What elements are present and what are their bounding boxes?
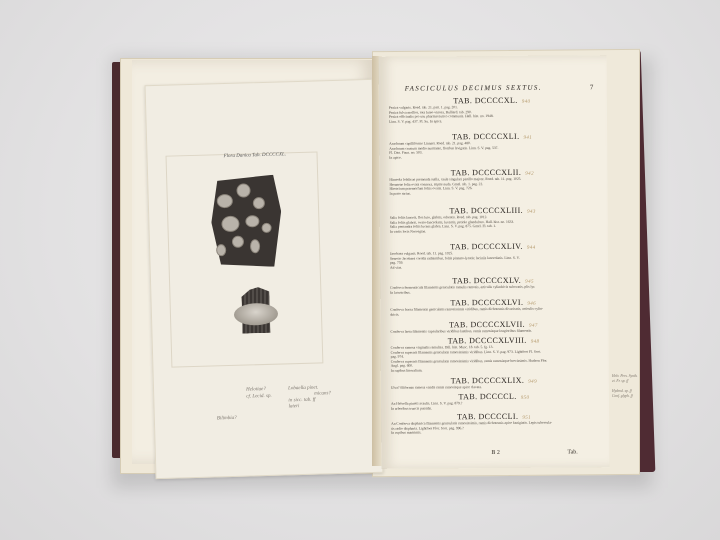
plate-entry: TAB. DCCCCXLIX.949 Ulva? filiformis ramo… <box>391 375 597 390</box>
page-number: 7 <box>590 83 595 91</box>
entry-line: Ad vias. <box>390 264 596 270</box>
fungus-specimen-illustration <box>233 287 278 334</box>
entry-line: Ulva? filiformis ramosa viridis ramis ra… <box>391 384 597 390</box>
plate-entry: TAB. DCCCCXLVI.946 Conferva fracta filam… <box>390 297 596 317</box>
plate-entry: TAB. DCCCCXLIII.943 Salix foliis lanceis… <box>390 205 596 234</box>
plate-entry: TAB. DCCCCXLI.941 Arachnum capilliforme … <box>389 131 595 160</box>
pencil-number: 941 <box>523 136 532 141</box>
margin-note: Conf. glyph. ff <box>612 394 633 398</box>
pencil-number: 950 <box>521 396 530 401</box>
handwritten-note: in sicc. tab. ff <box>288 398 315 404</box>
pencil-number: 948 <box>531 340 540 345</box>
pencil-number: 949 <box>528 380 537 385</box>
tab-heading: TAB. DCCCCXLI. <box>452 132 519 141</box>
tab-heading: TAB. DCCCCXLVIII. <box>448 336 527 346</box>
handwritten-note: Lobaella pinet. <box>288 386 318 392</box>
plate-entry: TAB. DCCCCXL.940 Peziza vulgaris. Roed. … <box>389 95 595 124</box>
plate-entry: TAB. DCCCCXLV.945 Conferva fermentacula … <box>390 275 596 295</box>
entry-line: Linn. S. V. pag. 437. Fl. Su. In apice. <box>389 118 595 124</box>
tab-heading: TAB. DCCCCXLIII. <box>449 206 523 216</box>
lichen-disc-icon <box>250 239 260 253</box>
catchword: Tab. <box>567 449 577 455</box>
running-head-title: FASCICULUS DECIMUS SEXTUS. <box>405 84 542 93</box>
margin-note: Helv. Pers. Synth. <box>612 374 638 378</box>
handwritten-note: Helotiae? <box>246 387 266 393</box>
plate-entry: TAB. DCCCCXLVII.947 Conferva laeta filam… <box>390 319 596 334</box>
pencil-number: 940 <box>522 100 531 105</box>
signature-mark: B 2 <box>491 450 500 456</box>
botanical-plate: Flora Danica Tab. DCCCCXL. Helotiae? cf.… <box>145 79 384 479</box>
plate-entry: TAB. DCCCCXLII.942 Hirneola lobilicae pr… <box>389 167 595 196</box>
running-head: FASCICULUS DECIMUS SEXTUS. 7 <box>405 83 595 92</box>
handwritten-note: Bilimbia? <box>217 416 237 422</box>
plate-entry: TAB. DCCCCXLIV.944 Jacobaea vulgaris. Ro… <box>390 241 596 270</box>
entry-line: In arboribus truncis putridis. <box>391 405 597 411</box>
tab-heading: TAB. DCCCCL. <box>458 392 516 401</box>
plate-entry: TAB. DCCCCLI.951 An Conferva dispharica … <box>391 411 597 435</box>
plate-entry: TAB. DCCCCXLVIII.948 Conferva ramosa vir… <box>391 335 597 373</box>
tab-heading: TAB. DCCCCXLV. <box>452 276 521 285</box>
pencil-number: 943 <box>527 210 536 215</box>
entry-line: In variis locis Norvegiae. <box>390 228 596 234</box>
handwritten-note: lateri <box>289 404 300 409</box>
right-page: FASCICULUS DECIMUS SEXTUS. 7 TAB. DCCCCX… <box>379 55 610 469</box>
tab-heading: TAB. DCCCCXL. <box>453 96 517 105</box>
pencil-number: 942 <box>525 172 534 177</box>
pencil-number: 944 <box>527 246 536 251</box>
margin-note: et. Fr. sp. ff <box>612 379 628 383</box>
margin-note: Hydrod. sp. ff <box>612 389 632 393</box>
entry-line: In rupibus littoralium. <box>391 367 597 373</box>
tab-heading: TAB. DCCCCXLIV. <box>450 242 523 252</box>
fungus-cap <box>234 303 279 326</box>
handwritten-note: micans? <box>314 391 331 396</box>
plate-entry: TAB. DCCCCL.950 An Helvella pinetti acau… <box>391 391 597 411</box>
tab-heading: TAB. DCCCCLI. <box>457 412 518 421</box>
handwritten-note: cf. Lecid. sp. <box>246 394 272 400</box>
entry-line: Conferva laeta filamentis capsularibus v… <box>390 328 596 334</box>
tab-heading: TAB. DCCCCXLIX. <box>451 376 525 386</box>
